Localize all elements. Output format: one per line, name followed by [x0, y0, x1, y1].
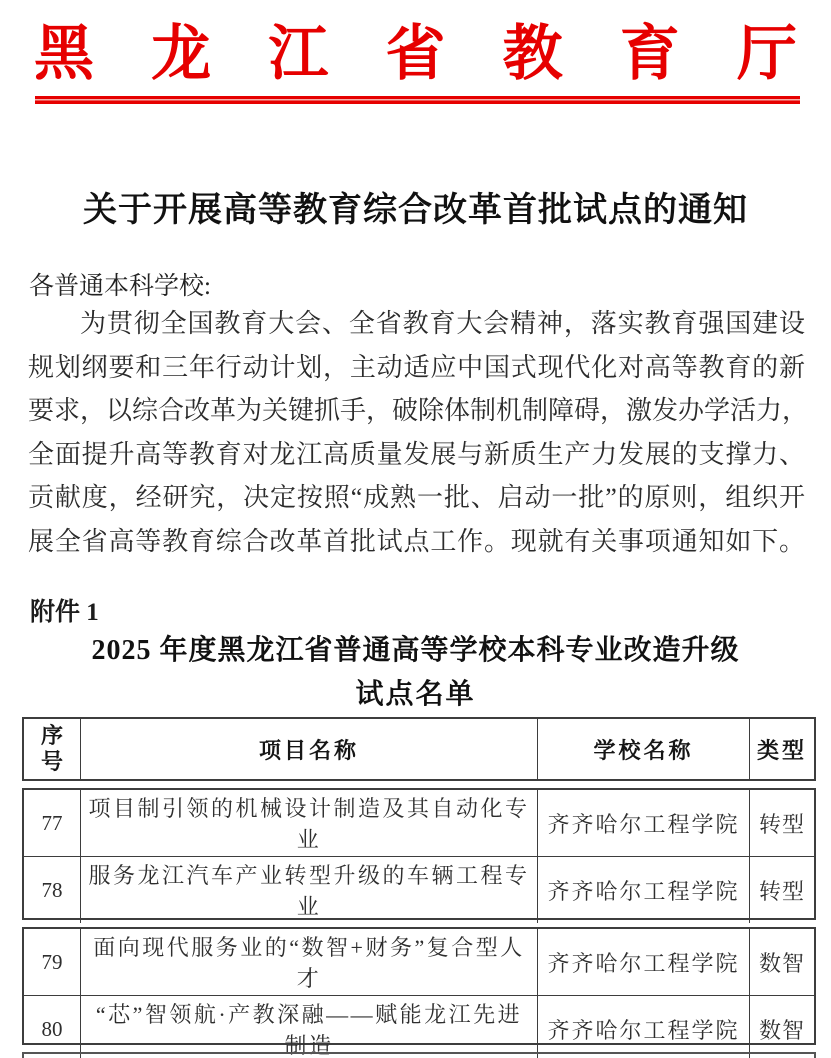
letterhead-char: 江	[268, 18, 328, 90]
table-row-group: 79 面向现代服务业的“数智+财务”复合型人才 齐齐哈尔工程学院 数智 80 “…	[22, 927, 816, 1045]
body-line: 规划纲要和三年行动计划，主动适应中国式现代化对高等教育的新	[28, 346, 805, 390]
table-next-row-stub	[22, 1052, 816, 1058]
body-line: 贡献度，经研究，决定按照“成熟一批、启动一批”的原则，组织开	[28, 476, 805, 520]
letterhead-title: 黑 龙 江 省 教 育 厅	[34, 18, 797, 90]
table-row-group: 77 项目制引领的机械设计制造及其自动化专业 齐齐哈尔工程学院 转型 78 服务…	[22, 788, 816, 920]
table-cell-school: 齐齐哈尔工程学院	[537, 790, 749, 856]
body-line: 全面提升高等教育对龙江高质量发展与新质生产力发展的支撑力、	[28, 433, 805, 477]
table-cell-index: 78	[24, 856, 80, 923]
attachment-label: 附件 1	[30, 592, 99, 628]
column-header-school: 学校名称	[537, 719, 749, 779]
table-cell-type: 转型	[749, 790, 814, 856]
table-cell-school: 齐齐哈尔工程学院	[537, 856, 749, 923]
attachment-title-line1: 2025 年度黑龙江省普通高等学校本科专业改造升级	[0, 628, 831, 668]
salutation: 各普通本科学校:	[29, 266, 211, 302]
notice-title: 关于开展高等教育综合改革首批试点的通知	[0, 182, 831, 231]
table-cell-type: 转型	[749, 856, 814, 923]
table-cell-type: 数智	[749, 929, 814, 995]
letterhead-char: 龙	[151, 18, 211, 90]
table-cell-school: 齐齐哈尔工程学院	[537, 995, 749, 1058]
table-cell-type: 数智	[749, 995, 814, 1058]
table-cell-project: 项目制引领的机械设计制造及其自动化专业	[80, 790, 537, 856]
column-header-index: 序号	[24, 719, 80, 779]
letterhead-char: 省	[385, 18, 445, 90]
letterhead-char: 厅	[737, 18, 797, 90]
table-cell-project: 面向现代服务业的“数智+财务”复合型人才	[80, 929, 537, 995]
table-header-row: 序号 项目名称 学校名称 类型	[22, 717, 816, 781]
table-cell-project: 服务龙江汽车产业转型升级的车辆工程专业	[80, 856, 537, 923]
body-line: 要求，以综合改革为关键抓手，破除体制机制障碍，激发办学活力，	[28, 389, 805, 433]
notice-body: 为贯彻全国教育大会、全省教育大会精神，落实教育强国建设 规划纲要和三年行动计划，…	[28, 302, 805, 563]
letterhead-char: 教	[503, 18, 563, 90]
document-page: 黑 龙 江 省 教 育 厅 关于开展高等教育综合改革首批试点的通知 各普通本科学…	[0, 0, 831, 1058]
letterhead-double-rule	[35, 96, 800, 104]
attachment-title-line2: 试点名单	[0, 672, 831, 712]
table-cell-index: 77	[24, 790, 80, 856]
column-header-type: 类型	[749, 719, 814, 779]
table-cell-project: “芯”智领航·产教深融——赋能龙江先进制造	[80, 995, 537, 1058]
body-line: 为贯彻全国教育大会、全省教育大会精神，落实教育强国建设	[28, 302, 805, 346]
table-cell-index: 80	[24, 995, 80, 1058]
column-header-project: 项目名称	[80, 719, 537, 779]
table-cell-school: 齐齐哈尔工程学院	[537, 929, 749, 995]
letterhead-char: 黑	[34, 18, 94, 90]
letterhead-char: 育	[620, 18, 680, 90]
table-cell-index: 79	[24, 929, 80, 995]
body-line: 展全省高等教育综合改革首批试点工作。现就有关事项通知如下。	[28, 520, 805, 564]
